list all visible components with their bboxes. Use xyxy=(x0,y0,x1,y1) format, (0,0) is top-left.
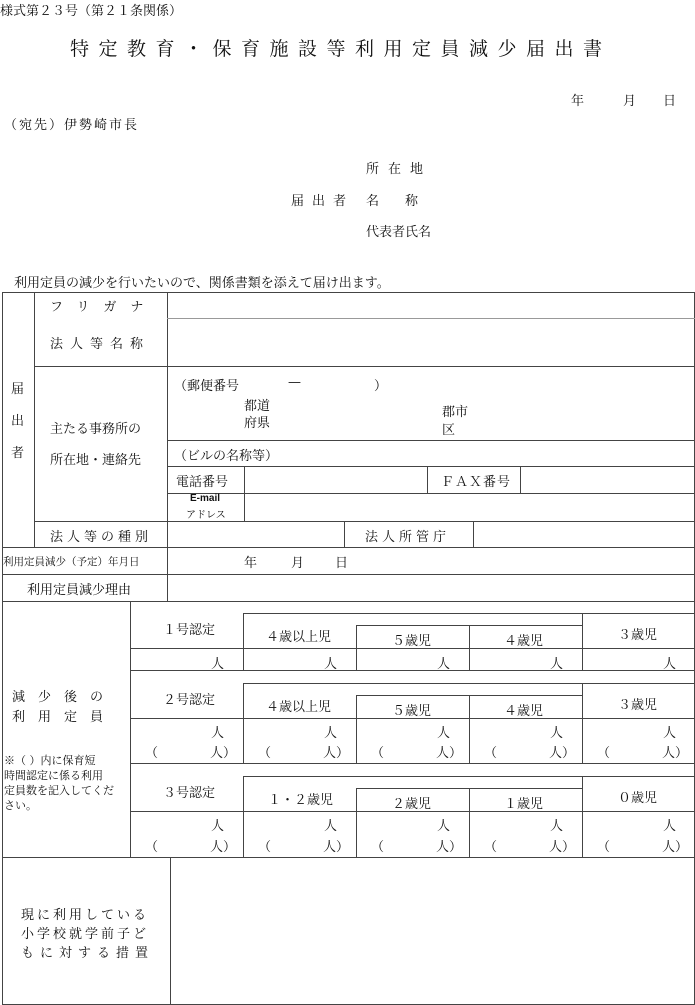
building-input[interactable] xyxy=(290,441,694,466)
notifier-name-label: 名 称 xyxy=(366,190,418,209)
cert-1-label: １号認定 xyxy=(163,619,215,638)
email-label-line1: E-mail xyxy=(190,493,220,504)
cert-2-sub1-label: ５歳児 xyxy=(392,700,431,719)
cert-1-last-label: ３歳児 xyxy=(618,624,657,643)
date-month: 月 xyxy=(623,90,636,109)
reduction-reason-input[interactable] xyxy=(168,575,694,601)
corp-name-label: 法人等名称 xyxy=(50,333,150,352)
cert-1-group-label: ４歳以上児 xyxy=(266,626,331,645)
cert-1-unit-a[interactable]: 人 xyxy=(211,653,224,672)
cert-3-sub1-label: ２歳児 xyxy=(392,793,431,812)
cert-3-paren-unit-b[interactable]: 人） xyxy=(323,836,349,855)
capacity-note-4: さい。 xyxy=(4,797,37,813)
cert-3-group-label: １・２歳児 xyxy=(268,789,333,808)
cert-3-paren-unit-e[interactable]: 人） xyxy=(662,836,688,855)
cert-3-unit-a[interactable]: 人 xyxy=(211,815,224,834)
capacity-note-3: 定員数を記入してくだ xyxy=(4,782,114,798)
capacity-label-line1: 減 少 後 の xyxy=(12,686,103,705)
measures-input[interactable] xyxy=(171,858,694,1004)
corp-authority-input[interactable] xyxy=(474,522,694,547)
corp-type-input[interactable] xyxy=(168,522,344,547)
building-label: （ビルの名称等） xyxy=(174,445,278,464)
cert-1-unit-b[interactable]: 人 xyxy=(324,653,337,672)
reduction-date-input[interactable] xyxy=(168,548,694,574)
form-number: 様式第２３号（第２１条関係） xyxy=(0,0,182,19)
cert-2-paren-open-d: （ xyxy=(484,742,497,761)
notifier-group-label: 届出者 xyxy=(291,190,354,209)
measures-label-3: もに対する措置 xyxy=(21,942,154,961)
cert-3-sub2-label: １歳児 xyxy=(504,793,543,812)
cert-2-unit-d[interactable]: 人 xyxy=(550,722,563,741)
date-year: 年 xyxy=(571,90,584,109)
cert-3-paren-open-c: （ xyxy=(371,836,384,855)
cert-1-sub2-label: ４歳児 xyxy=(504,630,543,649)
phone-label: 電話番号 xyxy=(176,471,228,490)
cert-1-sub1-label: ５歳児 xyxy=(392,630,431,649)
side-label-2: 出 xyxy=(11,410,24,429)
office-label-line1: 主たる事務所の xyxy=(50,418,141,437)
fax-label: ＦＡＸ番号 xyxy=(441,471,511,490)
cert-3-last-label: ０歳児 xyxy=(618,787,657,806)
office-label-line2: 所在地・連絡先 xyxy=(50,449,141,468)
address-input[interactable] xyxy=(168,367,694,440)
intro-text: 利用定員の減少を行いたいので、関係書類を添えて届け出ます。 xyxy=(14,272,390,291)
side-label-3: 者 xyxy=(11,442,24,461)
cert-2-paren-unit-e[interactable]: 人） xyxy=(662,742,688,761)
cert-2-group-label: ４歳以上児 xyxy=(266,696,331,715)
cert-2-paren-open-c: （ xyxy=(371,742,384,761)
cert-2-paren-open-e: （ xyxy=(597,742,610,761)
date-day: 日 xyxy=(663,90,676,109)
email-label-line2: アドレス xyxy=(186,506,226,521)
cert-2-paren-open-b: （ xyxy=(258,742,271,761)
corp-authority-label: 法人所管庁 xyxy=(365,526,450,545)
cert-2-paren-open-a: （ xyxy=(145,742,158,761)
measures-label-1: 現に利用している xyxy=(21,904,149,923)
cert-3-paren-open-b: （ xyxy=(258,836,271,855)
capacity-note-1: ※（ ）内に保育短 xyxy=(4,752,96,768)
cert-2-last-label: ３歳児 xyxy=(618,694,657,713)
cert-2-paren-unit-b[interactable]: 人） xyxy=(323,742,349,761)
notifier-location-label: 所在地 xyxy=(366,158,432,177)
cert-2-label: ２号認定 xyxy=(163,689,215,708)
email-input[interactable] xyxy=(245,494,694,521)
cert-2-paren-unit-d[interactable]: 人） xyxy=(549,742,575,761)
cert-3-paren-open-a: （ xyxy=(145,836,158,855)
fax-input[interactable] xyxy=(521,467,694,493)
cert-3-unit-b[interactable]: 人 xyxy=(324,815,337,834)
cert-3-unit-d[interactable]: 人 xyxy=(550,815,563,834)
addressee: （宛先）伊勢崎市長 xyxy=(4,114,139,133)
furigana-input[interactable] xyxy=(168,293,694,318)
capacity-note-2: 時間認定に係る利用 xyxy=(4,767,103,783)
cert-1-unit-c[interactable]: 人 xyxy=(437,653,450,672)
cert-2-paren-unit-a[interactable]: 人） xyxy=(210,742,236,761)
cert-3-paren-unit-d[interactable]: 人） xyxy=(549,836,575,855)
reduction-date-label: 利用定員減少（予定）年月日 xyxy=(3,554,140,569)
cert-3-paren-open-d: （ xyxy=(484,836,497,855)
cert-2-paren-unit-c[interactable]: 人） xyxy=(436,742,462,761)
side-label-1: 届 xyxy=(11,378,24,397)
cert-2-unit-a[interactable]: 人 xyxy=(211,722,224,741)
phone-input[interactable] xyxy=(245,467,427,493)
cert-2-unit-e[interactable]: 人 xyxy=(663,722,676,741)
corp-name-input[interactable] xyxy=(168,319,694,366)
cert-1-unit-e[interactable]: 人 xyxy=(663,653,676,672)
furigana-label: フリガナ xyxy=(50,296,157,315)
cert-3-unit-c[interactable]: 人 xyxy=(437,815,450,834)
reduction-reason-label: 利用定員減少理由 xyxy=(27,579,131,598)
corp-type-label: 法人等の種別 xyxy=(50,526,152,545)
cert-3-unit-e[interactable]: 人 xyxy=(663,815,676,834)
capacity-label-line2: 利 用 定 員 xyxy=(12,706,103,725)
cert-2-unit-b[interactable]: 人 xyxy=(324,722,337,741)
page-title: 特定教育・保育施設等利用定員減少届出書 xyxy=(70,34,612,61)
cert-3-paren-open-e: （ xyxy=(597,836,610,855)
cert-3-label: ３号認定 xyxy=(163,782,215,801)
measures-label-2: 小学校就学前子ど xyxy=(21,923,149,942)
cert-2-unit-c[interactable]: 人 xyxy=(437,722,450,741)
cert-1-unit-d[interactable]: 人 xyxy=(550,653,563,672)
cert-2-sub2-label: ４歳児 xyxy=(504,700,543,719)
notifier-representative-label: 代表者氏名 xyxy=(366,221,431,240)
cert-3-paren-unit-c[interactable]: 人） xyxy=(436,836,462,855)
cert-3-paren-unit-a[interactable]: 人） xyxy=(210,836,236,855)
